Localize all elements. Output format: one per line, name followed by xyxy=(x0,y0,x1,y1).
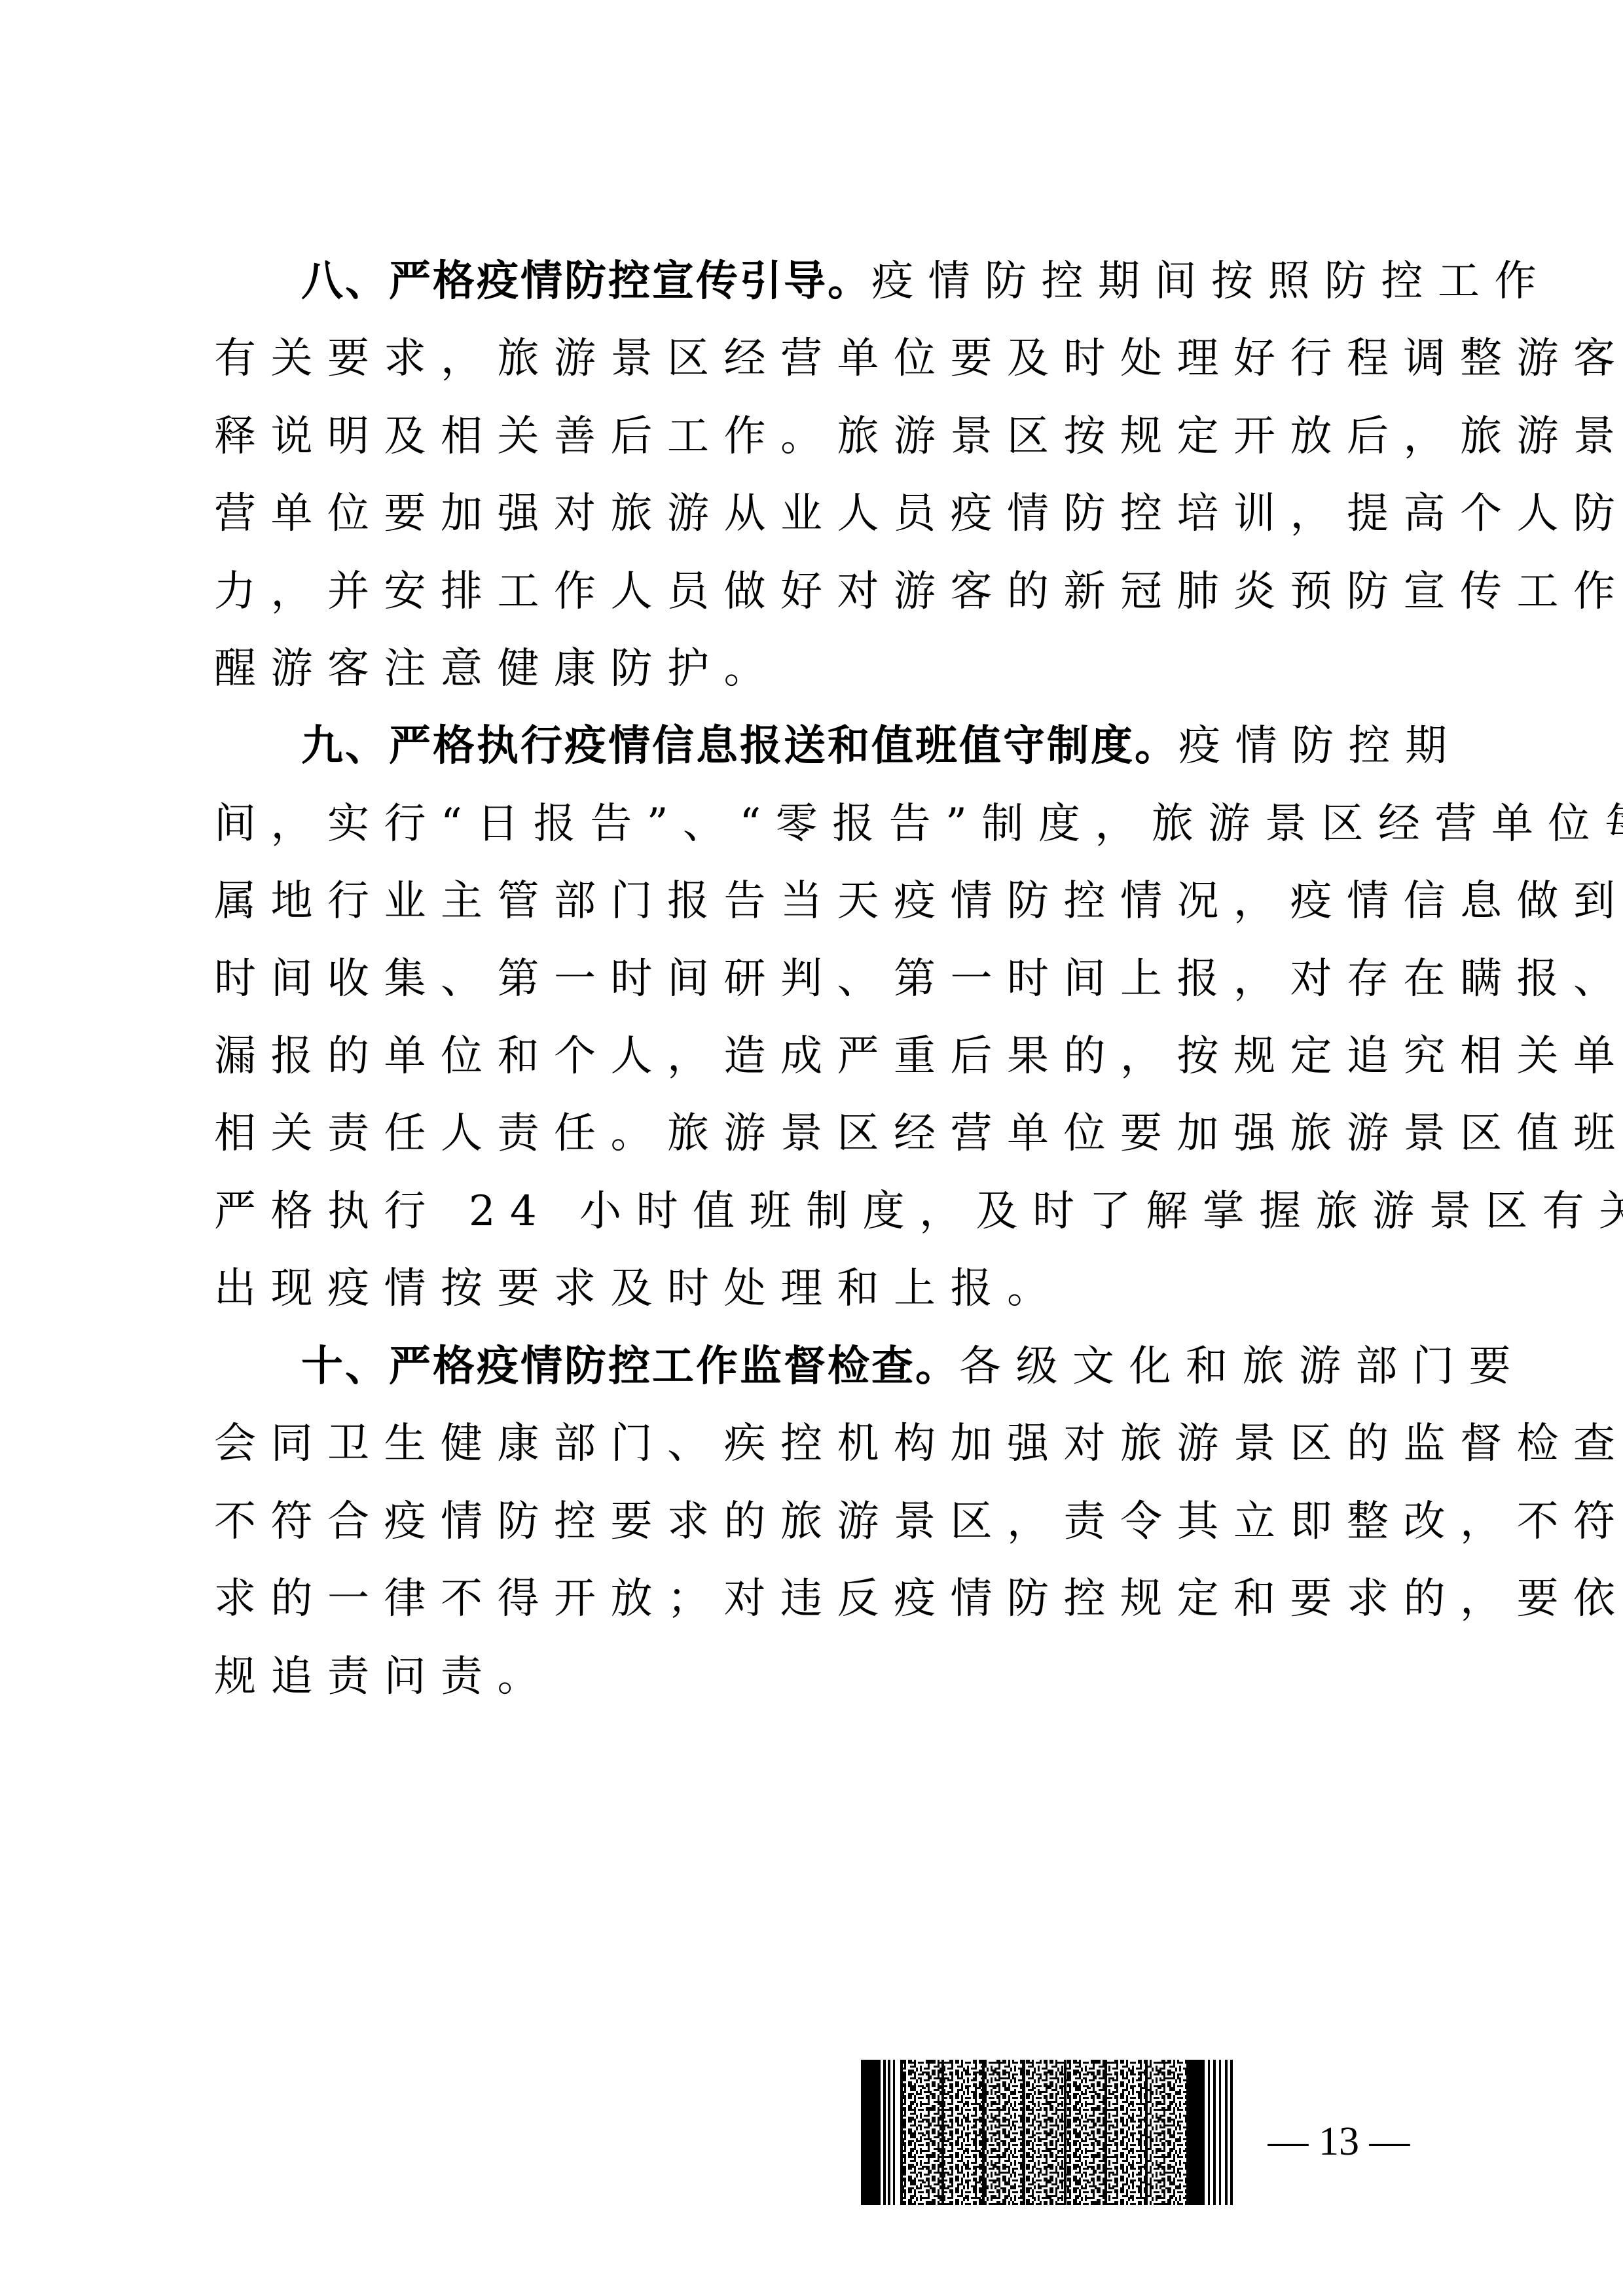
paragraph-8-line-4: 营单位要加强对旅游从业人员疫情防控培训，提高个人防控能 xyxy=(214,488,1407,540)
page-number: — 13 — xyxy=(1260,2115,1417,2168)
paragraph-8-line-2: 有关要求，旅游景区经营单位要及时处理好行程调整游客的解 xyxy=(214,332,1407,385)
paragraph-9-line-4: 时间收集、第一时间研判、第一时间上报，对存在瞒报、迟报、 xyxy=(214,953,1407,1005)
pdf417-barcode-icon xyxy=(861,2060,1234,2205)
paragraph-9-text: 疫情防控期 xyxy=(1178,722,1462,770)
paragraph-8-line-6: 醒游客注意健康防护。 xyxy=(214,643,1407,695)
paragraph-9-line-5: 漏报的单位和个人，造成严重后果的，按规定追究相关单位和 xyxy=(214,1030,1407,1083)
paragraph-10-heading: 十、严格疫情防控工作监督检查。 xyxy=(301,1342,959,1391)
paragraph-10-line-5: 规追责问责。 xyxy=(214,1651,1407,1703)
paragraph-9-line-7: 严格执行 24 小时值班制度，及时了解掌握旅游景区有关情况， xyxy=(214,1185,1407,1238)
paragraph-8-line-1: 八、严格疫情防控宣传引导。疫情防控期间按照防控工作 xyxy=(301,255,1407,308)
paragraph-9-heading: 九、严格执行疫情信息报送和值班值守制度。 xyxy=(301,722,1178,770)
paragraph-9-line-3: 属地行业主管部门报告当天疫情防控情况，疫情信息做到第一 xyxy=(214,875,1407,927)
paragraph-8-line-3: 释说明及相关善后工作。旅游景区按规定开放后，旅游景区经 xyxy=(214,410,1407,463)
paragraph-10-text: 各级文化和旅游部门要 xyxy=(959,1342,1525,1391)
paragraph-8-line-5: 力，并安排工作人员做好对游客的新冠肺炎预防宣传工作，提 xyxy=(214,565,1407,618)
document-page: 八、严格疫情防控宣传引导。疫情防控期间按照防控工作 有关要求，旅游景区经营单位要… xyxy=(0,0,1623,2296)
paragraph-10-line-4: 求的一律不得开放；对违反疫情防控规定和要求的，要依法依 xyxy=(214,1573,1407,1625)
paragraph-9-line-2: 间，实行“日报告”、“零报告”制度，旅游景区经营单位每天要向 xyxy=(214,798,1407,850)
paragraph-10-line-3: 不符合疫情防控要求的旅游景区，责令其立即整改，不符合要 xyxy=(214,1496,1407,1548)
paragraph-10-line-1: 十、严格疫情防控工作监督检查。各级文化和旅游部门要 xyxy=(301,1340,1407,1393)
paragraph-8-heading: 八、严格疫情防控宣传引导。 xyxy=(301,257,871,306)
paragraph-9-line-8: 出现疫情按要求及时处理和上报。 xyxy=(214,1263,1407,1315)
paragraph-10-line-2: 会同卫生健康部门、疾控机构加强对旅游景区的监督检查，对 xyxy=(214,1418,1407,1470)
paragraph-9-line-6: 相关责任人责任。旅游景区经营单位要加强旅游景区值班值守， xyxy=(214,1107,1407,1160)
paragraph-8-text: 疫情防控期间按照防控工作 xyxy=(871,257,1551,306)
paragraph-9-line-1: 九、严格执行疫情信息报送和值班值守制度。疫情防控期 xyxy=(301,720,1407,772)
